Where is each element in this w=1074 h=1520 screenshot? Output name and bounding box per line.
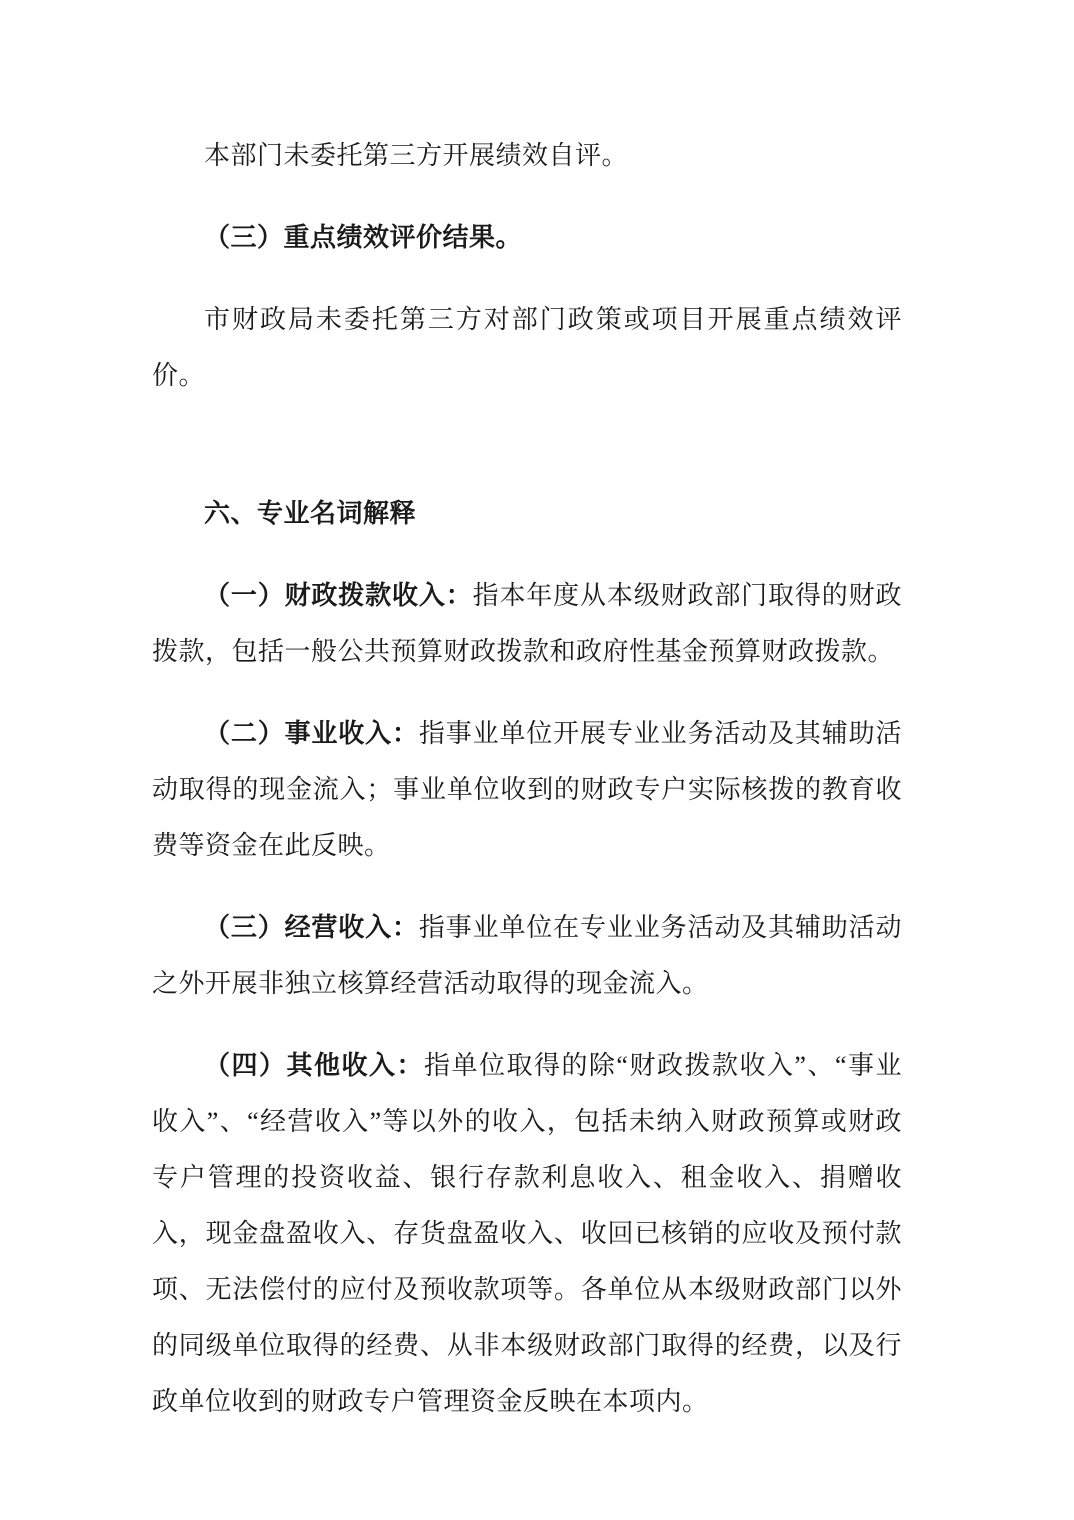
document-page: 本部门未委托第三方开展绩效自评。 （三）重点绩效评价结果。 市财政局未委托第三方… <box>0 0 1074 1520</box>
term-lead-other-income: （四）其他收入： <box>204 1051 424 1080</box>
term-definition-other-income: 指单位取得的除“财政拨款收入”、“事业收入”、“经营收入”等以外的收入，包括未纳… <box>152 1051 902 1416</box>
paragraph-term-operating-income-public: （二）事业收入：指事业单位开展专业业务活动及其辅助活动取得的现金流入；事业单位收… <box>152 706 902 874</box>
heading-key-evaluation-results: （三）重点绩效评价结果。 <box>152 210 902 266</box>
paragraph-term-other-income: （四）其他收入：指单位取得的除“财政拨款收入”、“事业收入”、“经营收入”等以外… <box>152 1038 902 1430</box>
paragraph-key-evaluation-note: 市财政局未委托第三方对部门政策或项目开展重点绩效评价。 <box>152 292 902 404</box>
blank-line <box>152 430 902 486</box>
heading-glossary-section: 六、专业名词解释 <box>152 486 902 542</box>
paragraph-self-evaluation-note: 本部门未委托第三方开展绩效自评。 <box>152 128 902 184</box>
term-lead-business-income: （三）经营收入： <box>204 913 419 942</box>
paragraph-term-fiscal-appropriation-income: （一）财政拨款收入：指本年度从本级财政部门取得的财政拨款，包括一般公共预算财政拨… <box>152 568 902 680</box>
term-lead-fiscal-appropriation-income: （一）财政拨款收入： <box>204 581 473 610</box>
term-lead-operating-income-public: （二）事业收入： <box>204 719 419 748</box>
document-content: 本部门未委托第三方开展绩效自评。 （三）重点绩效评价结果。 市财政局未委托第三方… <box>0 0 1074 1430</box>
paragraph-term-business-income: （三）经营收入：指事业单位在专业业务活动及其辅助活动之外开展非独立核算经营活动取… <box>152 900 902 1012</box>
